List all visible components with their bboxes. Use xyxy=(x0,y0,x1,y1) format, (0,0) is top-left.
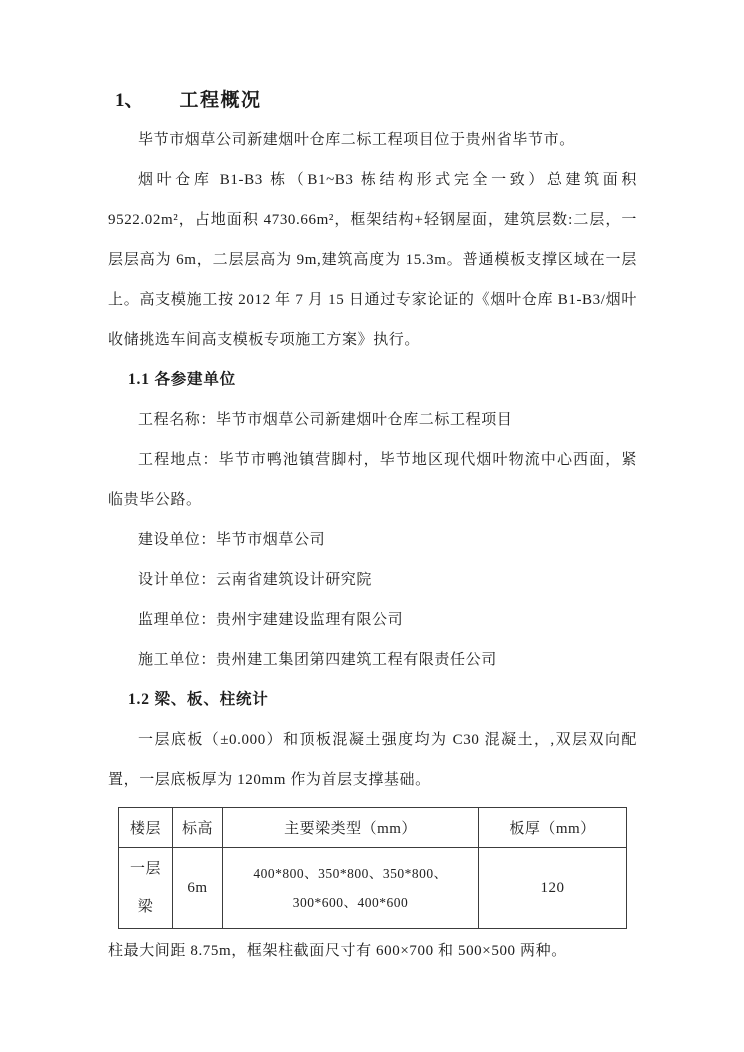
table-row: 一层梁 6m 400*800、350*800、350*800、300*600、4… xyxy=(119,848,627,929)
supervision-unit-line: 监理单位：贵州宇建建设监理有限公司 xyxy=(108,600,637,640)
table-cell-elevation: 6m xyxy=(173,848,223,929)
section-1-1-heading: 1.1 各参建单位 xyxy=(108,360,637,400)
owner-unit-line: 建设单位：毕节市烟草公司 xyxy=(108,520,637,560)
chapter-title-text: 工程概况 xyxy=(180,90,262,111)
project-location-line: 工程地点：毕节市鸭池镇营脚村，毕节地区现代烟叶物流中心西面，紧临贵毕公路。 xyxy=(108,440,637,520)
chapter-heading: 1、工程概况 xyxy=(108,86,637,116)
table-header-slab-thickness: 板厚（mm） xyxy=(479,808,627,848)
table-header-floor: 楼层 xyxy=(119,808,173,848)
project-name-line: 工程名称：毕节市烟草公司新建烟叶仓库二标工程项目 xyxy=(108,400,637,440)
intro-paragraph-2: 烟叶仓库 B1-B3 栋（B1~B3 栋结构形式完全一致）总建筑面积 9522.… xyxy=(108,160,637,360)
construction-unit-line: 施工单位：贵州建工集团第四建筑工程有限责任公司 xyxy=(108,640,637,680)
table-header-row: 楼层 标高 主要梁类型（mm） 板厚（mm） xyxy=(119,808,627,848)
beam-slab-table: 楼层 标高 主要梁类型（mm） 板厚（mm） 一层梁 6m 400*800、35… xyxy=(118,807,627,929)
column-spacing-note: 柱最大间距 8.75m，框架柱截面尺寸有 600×700 和 500×500 两… xyxy=(108,931,637,971)
section-1-2-heading: 1.2 梁、板、柱统计 xyxy=(108,680,637,720)
table-cell-floor: 一层梁 xyxy=(119,848,173,929)
design-unit-line: 设计单位：云南省建筑设计研究院 xyxy=(108,560,637,600)
intro-paragraph-1: 毕节市烟草公司新建烟叶仓库二标工程项目位于贵州省毕节市。 xyxy=(108,120,637,160)
slab-intro-paragraph: 一层底板（±0.000）和顶板混凝土强度均为 C30 混凝土，,双层双向配置，一… xyxy=(108,720,637,800)
document-page: 1、工程概况 毕节市烟草公司新建烟叶仓库二标工程项目位于贵州省毕节市。 烟叶仓库… xyxy=(0,0,744,1052)
table-header-elevation: 标高 xyxy=(173,808,223,848)
table-cell-slab-thickness: 120 xyxy=(479,848,627,929)
table-header-beam-types: 主要梁类型（mm） xyxy=(223,808,479,848)
table-cell-beam-types: 400*800、350*800、350*800、300*600、400*600 xyxy=(223,848,479,929)
chapter-number: 1、 xyxy=(115,86,144,116)
